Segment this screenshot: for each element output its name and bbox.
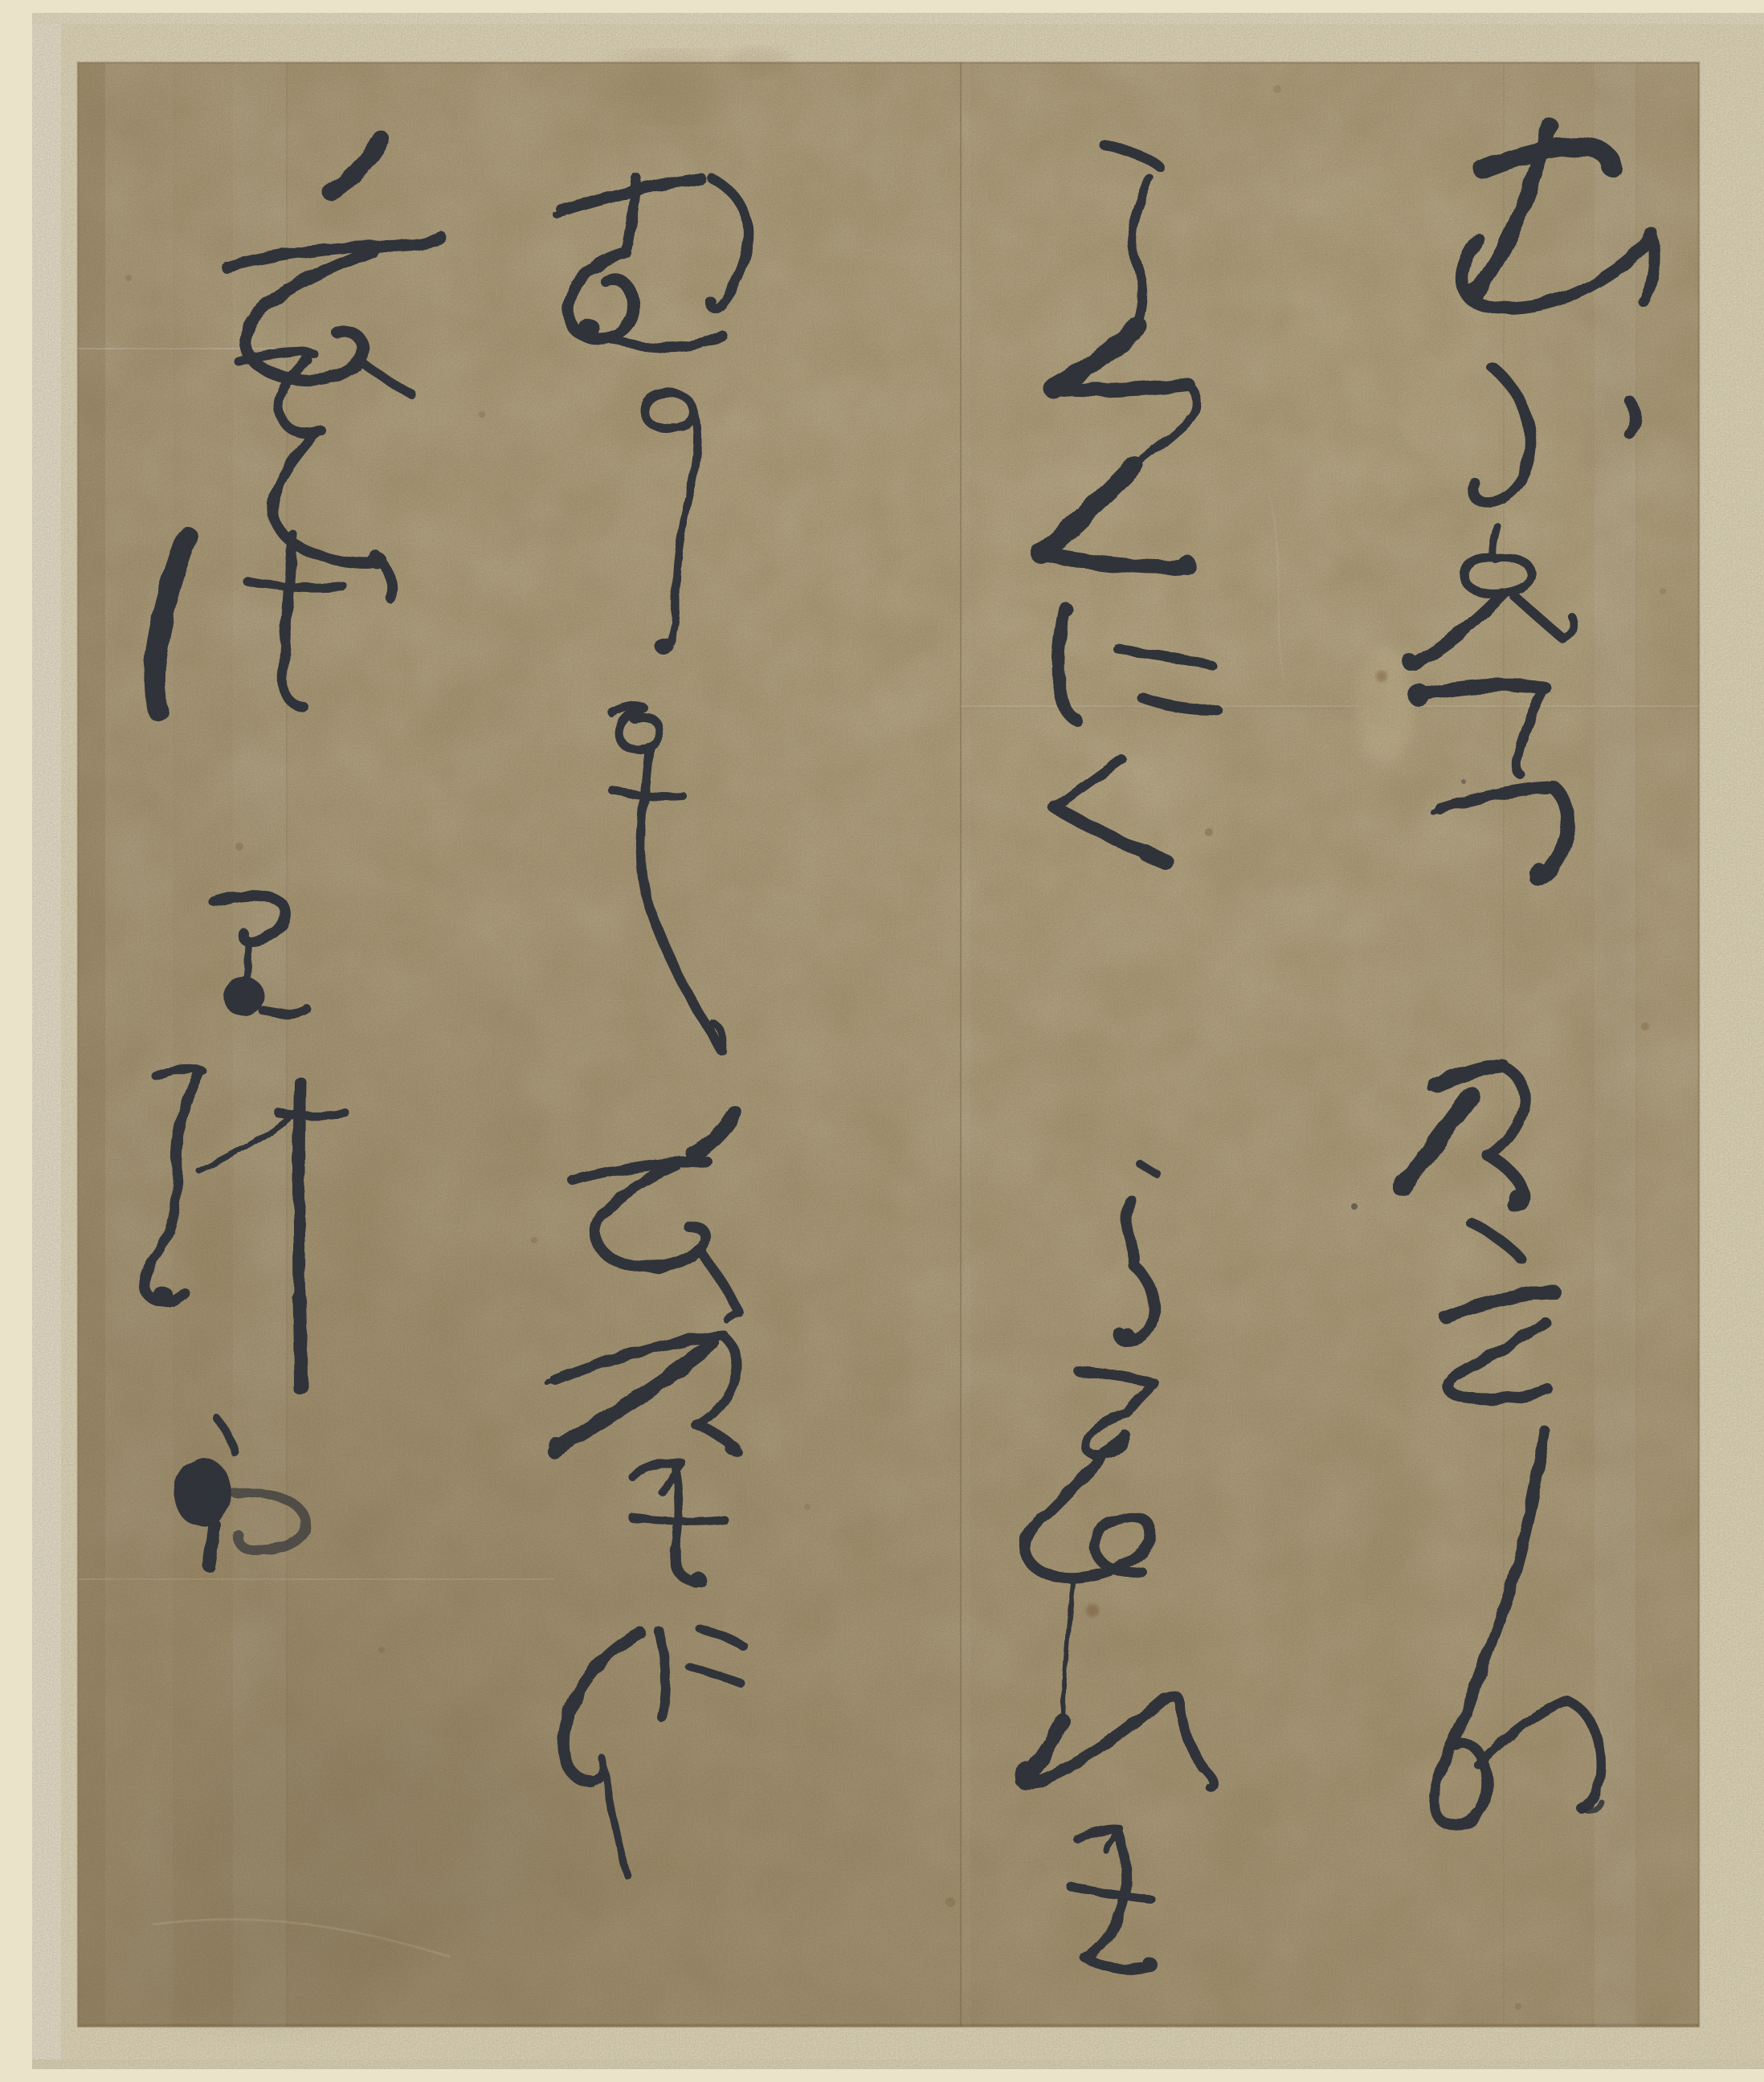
grain-texture — [32, 13, 1764, 2069]
calligraphy-scan: あひみての のちのこころに くらぶれば むかしはものを おもはざりけり — [32, 13, 1764, 2069]
artwork-canvas — [32, 13, 1764, 2069]
